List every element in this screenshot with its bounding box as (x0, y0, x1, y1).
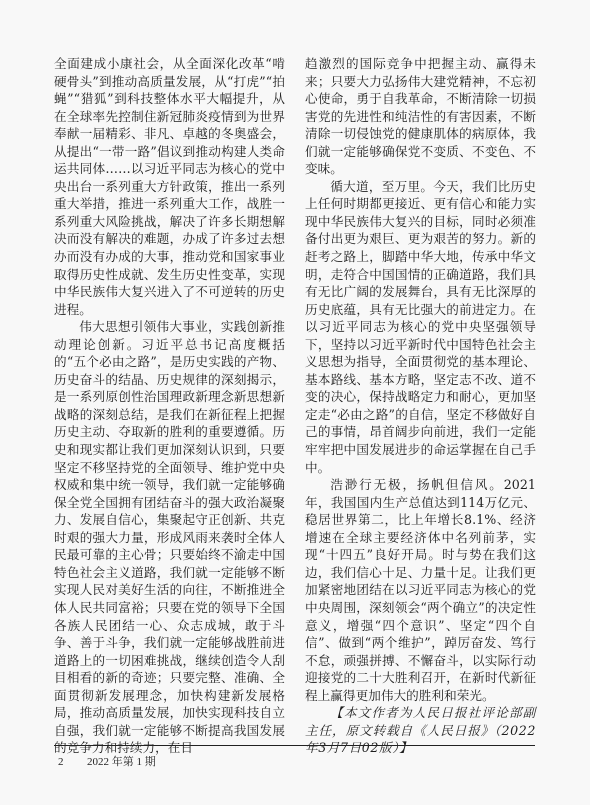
paragraph-continuation: 全面建成小康社会，从全面深化改革“啃硬骨头”到推动高质量发展，从“打虎”“拍蝇”… (54, 55, 285, 318)
author-attribution: 【本文作者为人民日报社评论部副主任，原文转载自《人民日报》（2022年3月7日0… (305, 704, 536, 757)
issue-label: 2022 年第 1 期 (87, 756, 156, 768)
document-page: 全面建成小康社会，从全面深化改革“啃硬骨头”到推动高质量发展，从“打虎”“拍蝇”… (0, 0, 590, 805)
left-column: 全面建成小康社会，从全面深化改革“啃硬骨头”到推动高质量发展，从“打虎”“拍蝇”… (54, 55, 285, 757)
right-column: 趋激烈的国际竞争中把握主动、赢得未来；只要大力弘扬伟大建党精神，不忘初心使命，勇… (305, 55, 536, 757)
footer-divider (54, 745, 535, 746)
paragraph-sail-wind: 浩渺行无极，扬帆但信风。2021年，我国国内生产总值达到114万亿元、稳居世界第… (305, 476, 536, 704)
page-footer: 22022 年第 1 期 (58, 753, 156, 769)
paragraph-great-thought: 伟大思想引领伟大事业，实践创新推动理论创新。习近平总书记高度概括的“五个必由之路… (54, 318, 285, 757)
page-number: 2 (58, 756, 87, 768)
paragraph-great-road: 循大道，至万里。今天，我们比历史上任何时期都更接近、更有信心和能力实现中华民族伟… (305, 178, 536, 476)
paragraph-continuation-right: 趋激烈的国际竞争中把握主动、赢得未来；只要大力弘扬伟大建党精神，不忘初心使命，勇… (305, 55, 536, 178)
